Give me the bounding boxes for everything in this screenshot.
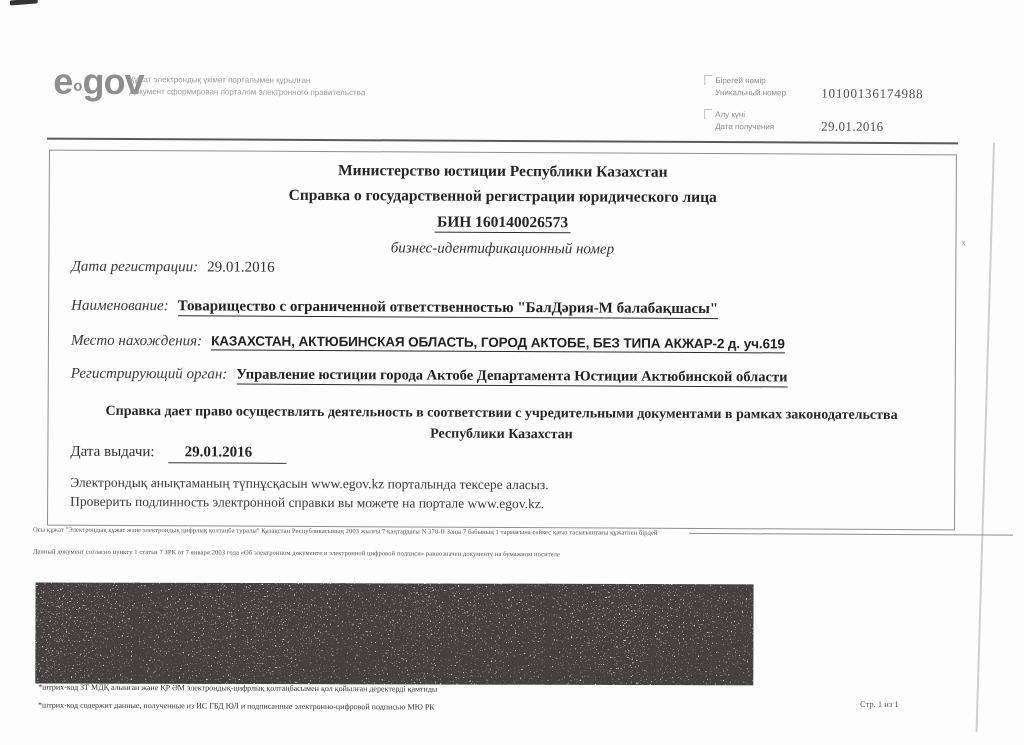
legal-line-ru: Данный документ согласно пункту 1 статьи… — [33, 548, 560, 558]
received-date-label-ru: Дата получения — [715, 121, 774, 133]
issue-date-row: Дата выдачи:29.01.2016 — [70, 443, 286, 462]
bin-number: БИН 160140026573 — [50, 212, 956, 235]
page-number: Стр. 1 из 1 — [860, 699, 899, 709]
egov-taglines: Құжат электрондық үкімет порталымен құры… — [129, 74, 429, 100]
received-date-label-kk: Алу күні — [715, 109, 774, 121]
scan-artifact-mark: x — [961, 238, 965, 247]
issue-date-label: Дата выдачи: — [70, 444, 154, 460]
rights-statement: Справка дает право осуществлять деятельн… — [96, 401, 906, 447]
location-value: КАЗАХСТАН, АКТЮБИНСКАЯ ОБЛАСТЬ, ГОРОД АК… — [211, 333, 785, 353]
barcode-block — [653, 584, 752, 685]
tagline-ru: Документ сформирован порталом электронно… — [129, 86, 429, 100]
barcode-block — [241, 583, 340, 684]
bin-caption: бизнес-идентификационный номер — [49, 239, 955, 261]
verify-line-ru: Проверить подлинность электронной справк… — [70, 494, 544, 512]
barcode-block — [550, 584, 649, 685]
barcode-block — [344, 583, 443, 684]
egov-logo-dot: o — [73, 78, 81, 95]
ministry-title: Министерство юстиции Республики Казахста… — [50, 161, 956, 184]
header-divider — [47, 138, 958, 145]
footnote-ru: *штрих-код содержит данные, полученные и… — [38, 701, 435, 712]
registration-date-value: 29.01.2016 — [207, 259, 275, 275]
corner-tick-icon — [704, 109, 712, 119]
bin-number-text: БИН 160140026573 — [435, 214, 570, 234]
name-label: Наименование: — [71, 298, 169, 315]
received-date-labels: Алу күні Дата получения — [715, 109, 774, 133]
unique-number-label-kk: Бірегей нөмір — [715, 75, 786, 87]
egov-logo-e: e — [53, 61, 72, 102]
unique-number-value: 10100136174988 — [821, 86, 923, 103]
barcode-strip-svg — [35, 582, 753, 685]
barcode-strip — [35, 582, 753, 685]
legal-line-extension — [689, 533, 1013, 536]
unique-number-label-ru: Уникальный номер — [715, 87, 786, 99]
verify-line-kk: Электрондық анықтаманың түпнұсқасын www.… — [70, 475, 548, 494]
barcode-block — [138, 583, 237, 684]
registering-authority-value: Управление юстиции города Актобе Департа… — [236, 367, 787, 388]
registration-date-label: Дата регистрации: — [71, 259, 198, 276]
scanned-document-sheet: x eogov Құжат электрондық үкімет порталы… — [0, 0, 1024, 745]
certificate-box: Министерство юстиции Республики Казахста… — [47, 150, 957, 531]
unique-number-labels: Бірегей нөмір Уникальный номер — [715, 75, 786, 99]
footnote-kk: *штрих-код ЗТ МДҚ алынған және ҚР ӘМ эле… — [38, 683, 437, 694]
received-date-value: 29.01.2016 — [821, 119, 884, 135]
name-row: Наименование:Товарищество с ограниченной… — [71, 297, 718, 318]
issue-date-value: 29.01.2016 — [169, 444, 287, 464]
corner-tick-icon — [704, 75, 712, 85]
scan-artifact-paper-edge — [976, 142, 995, 732]
barcode-block — [35, 582, 134, 683]
registering-authority-label: Регистрирующий орган: — [71, 366, 228, 383]
registration-date-row: Дата регистрации:29.01.2016 — [71, 258, 274, 277]
certificate-title: Справка о государственной регистрации юр… — [50, 186, 956, 209]
barcode-block — [447, 584, 546, 685]
scan-artifact-top-smudge — [10, 0, 38, 6]
registering-authority-row: Регистрирующий орган:Управление юстиции … — [71, 365, 788, 387]
location-label: Место нахождения: — [71, 333, 202, 350]
location-row: Место нахождения:КАЗАХСТАН, АКТЮБИНСКАЯ … — [71, 332, 785, 354]
name-value: Товарищество с ограниченной ответственно… — [178, 298, 719, 319]
